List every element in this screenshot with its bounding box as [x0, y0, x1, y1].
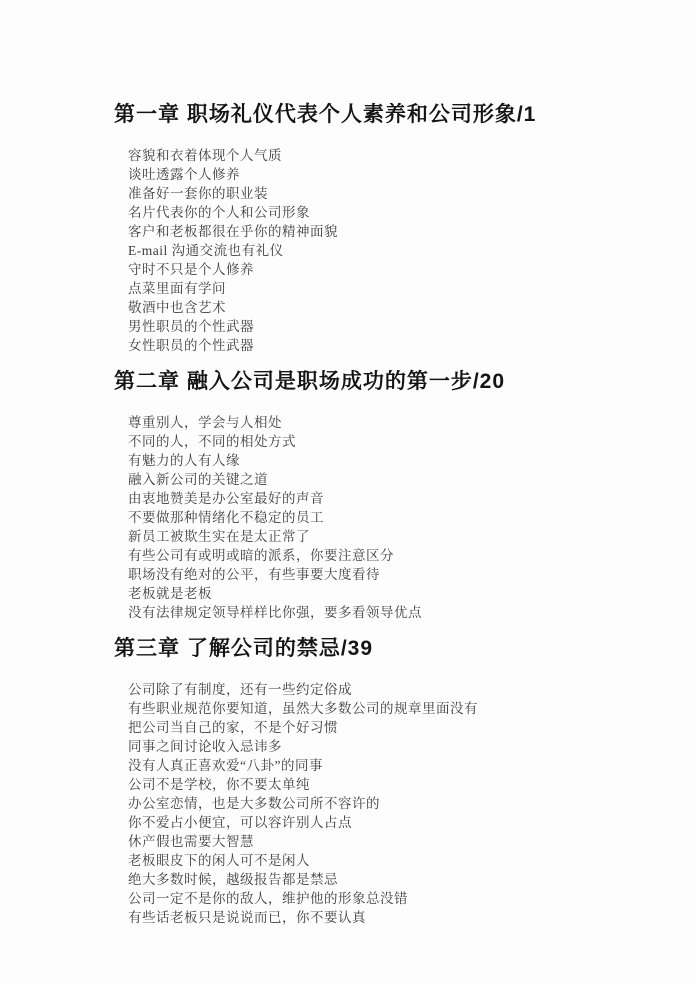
toc-item: 男性职员的个性武器 [128, 317, 635, 336]
toc-chapter: 第三章 了解公司的禁忌/39公司除了有制度，还有一些约定俗成有些职业规范你要知道… [114, 634, 635, 927]
toc-item: 不同的人，不同的相处方式 [128, 432, 635, 451]
toc-item: 有魅力的人有人缘 [128, 451, 635, 470]
toc-item: 老板就是老板 [128, 584, 635, 603]
toc-chapter: 第一章 职场礼仪代表个人素养和公司形象/1容貌和衣着体现个人气质谈吐透露个人修养… [114, 100, 635, 355]
toc-item: 新员工被欺生实在是太正常了 [128, 527, 635, 546]
toc-item: 点菜里面有学问 [128, 279, 635, 298]
toc-item: 敬酒中也含艺术 [128, 298, 635, 317]
toc-item: 同事之间讨论收入忌讳多 [128, 737, 635, 756]
toc-item: 有些公司有或明或暗的派系，你要注意区分 [128, 546, 635, 565]
toc-item: 谈吐透露个人修养 [128, 165, 635, 184]
toc-item: 容貌和衣着体现个人气质 [128, 146, 635, 165]
toc-item: 公司除了有制度，还有一些约定俗成 [128, 680, 635, 699]
chapter-heading: 第二章 融入公司是职场成功的第一步/20 [114, 367, 635, 397]
chapter-heading: 第三章 了解公司的禁忌/39 [114, 634, 635, 664]
toc-item: 尊重别人，学会与人相处 [128, 413, 635, 432]
toc-item: 休产假也需要大智慧 [128, 832, 635, 851]
toc-item: 由衷地赞美是办公室最好的声音 [128, 489, 635, 508]
toc-item: 守时不只是个人修养 [128, 260, 635, 279]
toc-item: 公司一定不是你的敌人，维护他的形象总没错 [128, 889, 635, 908]
toc-item: 职场没有绝对的公平，有些事要大度看待 [128, 565, 635, 584]
toc-item: 融入新公司的关键之道 [128, 470, 635, 489]
chapter-item-list: 尊重别人，学会与人相处不同的人，不同的相处方式有魅力的人有人缘融入新公司的关键之… [128, 413, 635, 622]
toc-item: 客户和老板都很在乎你的精神面貌 [128, 222, 635, 241]
toc-item: 把公司当自己的家，不是个好习惯 [128, 718, 635, 737]
chapter-item-list: 公司除了有制度，还有一些约定俗成有些职业规范你要知道，虽然大多数公司的规章里面没… [128, 680, 635, 927]
toc-item: 没有法律规定领导样样比你强，要多看领导优点 [128, 603, 635, 622]
toc-item: 公司不是学校，你不要太单纯 [128, 775, 635, 794]
toc-item: 绝大多数时候，越级报告都是禁忌 [128, 870, 635, 889]
toc-item: 有些职业规范你要知道，虽然大多数公司的规章里面没有 [128, 699, 635, 718]
toc-item: 有些话老板只是说说而已，你不要认真 [128, 908, 635, 927]
toc-item: 女性职员的个性武器 [128, 336, 635, 355]
book-toc-page: 第一章 职场礼仪代表个人素养和公司形象/1容貌和衣着体现个人气质谈吐透露个人修养… [0, 0, 695, 983]
toc-item: E-mail 沟通交流也有礼仪 [128, 241, 635, 260]
toc-item: 你不爱占小便宜，可以容许别人占点 [128, 813, 635, 832]
toc-item: 办公室恋情，也是大多数公司所不容许的 [128, 794, 635, 813]
toc-chapter: 第二章 融入公司是职场成功的第一步/20尊重别人，学会与人相处不同的人，不同的相… [114, 367, 635, 622]
chapter-item-list: 容貌和衣着体现个人气质谈吐透露个人修养准备好一套你的职业装名片代表你的个人和公司… [128, 146, 635, 355]
toc-item: 不要做那种情绪化不稳定的员工 [128, 508, 635, 527]
toc-item: 没有人真正喜欢爱“八卦”的同事 [128, 756, 635, 775]
chapter-heading: 第一章 职场礼仪代表个人素养和公司形象/1 [114, 100, 635, 130]
toc-item: 准备好一套你的职业装 [128, 184, 635, 203]
toc-item: 名片代表你的个人和公司形象 [128, 203, 635, 222]
toc-content: 第一章 职场礼仪代表个人素养和公司形象/1容貌和衣着体现个人气质谈吐透露个人修养… [114, 100, 635, 939]
toc-item: 老板眼皮下的闲人可不是闲人 [128, 851, 635, 870]
